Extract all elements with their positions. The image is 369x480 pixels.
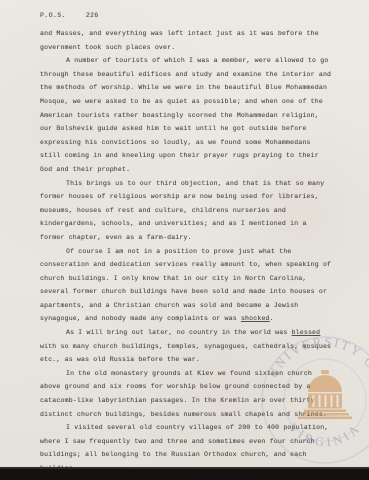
manuscript-code: P.O.S. (40, 12, 66, 19)
underlined-text: shocked (241, 315, 270, 322)
text-segment: In the old monastery grounds at Kiev we … (40, 370, 327, 418)
text-segment: . (270, 315, 274, 322)
text-segment: I visited several old country villages o… (40, 424, 328, 472)
text-segment: A number of tourists of which I was a me… (40, 57, 331, 173)
paragraph: and Masses, and everything was left inta… (40, 27, 335, 54)
document-body: and Masses, and everything was left inta… (40, 27, 335, 476)
page-header: P.O.S. 226 (40, 12, 99, 19)
underlined-text: blessed (292, 329, 321, 336)
text-segment: with so many church buildings, temples, … (40, 343, 331, 364)
paragraph: Of course I am not in a position to prov… (40, 245, 335, 327)
scanned-page: P.O.S. 226 and Masses, and everything wa… (0, 0, 369, 480)
paragraph: A number of tourists of which I was a me… (40, 54, 335, 176)
paragraph: As I will bring out later, no country in… (40, 326, 335, 367)
text-segment: As I will bring out later, no country in… (66, 329, 292, 336)
scan-edge (0, 467, 369, 480)
paragraph: This brings us to our third objection, a… (40, 177, 335, 245)
text-segment: and Masses, and everything was left inta… (40, 30, 319, 51)
paragraph: In the old monastery grounds at Kiev we … (40, 367, 335, 421)
text-segment: Of course I am not in a position to prov… (40, 248, 331, 323)
page-number: 226 (86, 12, 99, 19)
text-segment: This brings us to our third objection, a… (40, 180, 324, 241)
